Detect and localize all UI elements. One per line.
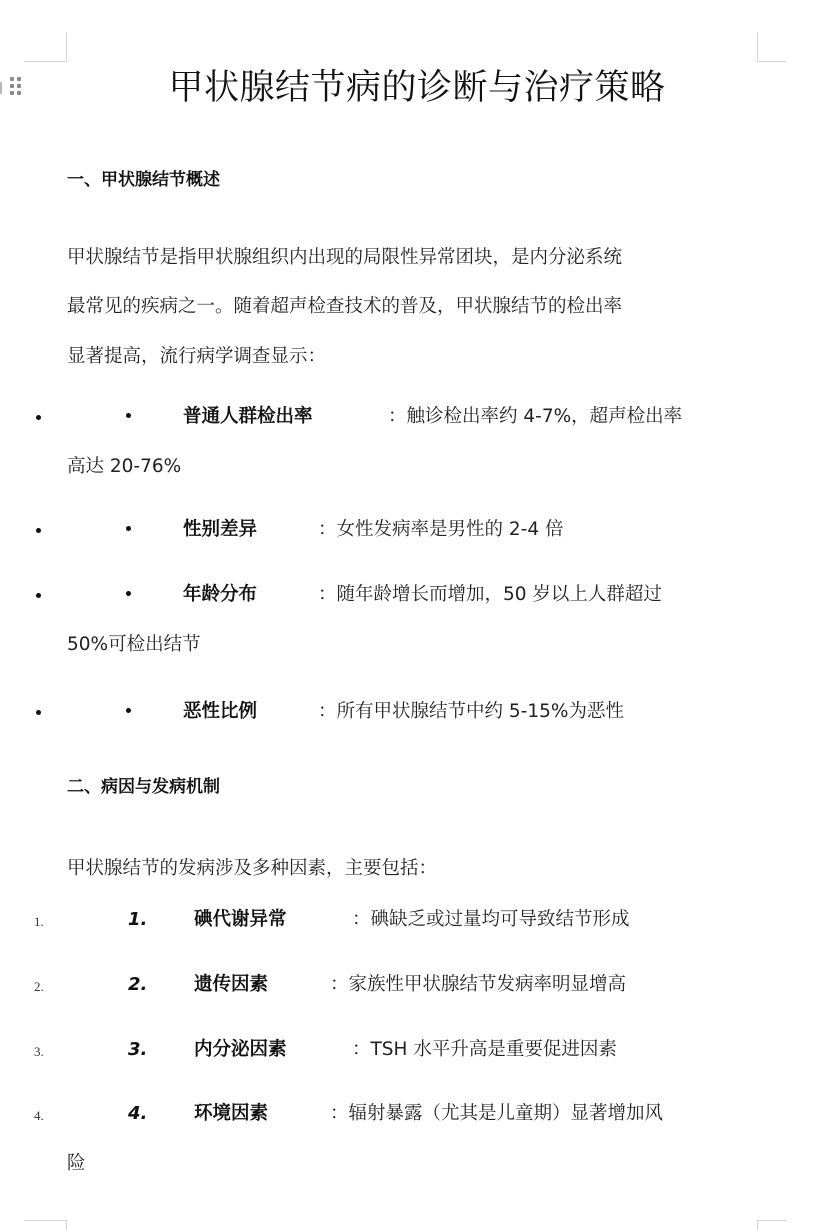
list-number-inner: 1. bbox=[128, 907, 147, 933]
document-title[interactable]: 甲状腺结节病的诊断与治疗策略 bbox=[0, 64, 834, 112]
bullet-text: ：女性发病率是男性的 2-4 倍 bbox=[318, 517, 563, 543]
crop-mark-top-right-v bbox=[757, 33, 758, 62]
crop-mark-top-right-h bbox=[757, 61, 786, 62]
numbered-label: 碘代谢异常 bbox=[194, 907, 287, 933]
crop-mark-bottom-left-v bbox=[66, 1220, 67, 1230]
list-number-outer: 4. bbox=[34, 1103, 44, 1129]
crop-mark-bottom-right-h bbox=[757, 1220, 786, 1221]
bullet-label: 恶性比例 bbox=[183, 699, 257, 725]
paragraph-line[interactable]: 最常见的疾病之一。随着超声检查技术的普及，甲状腺结节的检出率 bbox=[67, 295, 767, 319]
bullet-marker-outer bbox=[36, 710, 41, 715]
bullet-continuation[interactable]: 50%可检出结节 bbox=[67, 632, 201, 658]
bullet-text: ：触诊检出率约 4-7%，超声检出率 bbox=[388, 404, 682, 430]
bullet-item[interactable]: 年龄分布 ：随年龄增长而增加，50 岁以上人群超过 bbox=[0, 582, 834, 608]
list-number-inner: 3. bbox=[128, 1037, 147, 1063]
numbered-item[interactable]: 1. 1. 碘代谢异常 ：碘缺乏或过量均可导致结节形成 bbox=[0, 907, 834, 933]
paragraph-line[interactable]: 甲状腺结节的发病涉及多种因素，主要包括： bbox=[67, 857, 767, 881]
numbered-label: 遗传因素 bbox=[194, 972, 268, 998]
bullet-label: 性别差异 bbox=[183, 517, 257, 543]
list-number-outer: 1. bbox=[34, 909, 44, 935]
crop-mark-top-left-v bbox=[66, 33, 67, 62]
bullet-item[interactable]: 普通人群检出率 ：触诊检出率约 4-7%，超声检出率 bbox=[0, 404, 834, 430]
bullet-text: ：随年龄增长而增加，50 岁以上人群超过 bbox=[318, 582, 662, 608]
list-number-outer: 2. bbox=[34, 974, 44, 1000]
bullet-marker-inner bbox=[126, 526, 131, 531]
paragraph-line[interactable]: 显著提高，流行病学调查显示： bbox=[67, 345, 767, 369]
bullet-label: 普通人群检出率 bbox=[183, 404, 313, 430]
bullet-marker-outer bbox=[36, 528, 41, 533]
numbered-text: ：TSH 水平升高是重要促进因素 bbox=[352, 1037, 617, 1063]
bullet-marker-outer bbox=[36, 415, 41, 420]
section-heading[interactable]: 一、甲状腺结节概述 bbox=[67, 168, 220, 192]
numbered-continuation[interactable]: 险 bbox=[67, 1151, 86, 1177]
bullet-item[interactable]: 恶性比例 ：所有甲状腺结节中约 5-15%为恶性 bbox=[0, 699, 834, 725]
bullet-marker-inner bbox=[126, 413, 131, 418]
numbered-item[interactable]: 4. 4. 环境因素 ：辐射暴露（尤其是儿童期）显著增加风 bbox=[0, 1101, 834, 1127]
bullet-continuation[interactable]: 高达 20-76% bbox=[67, 454, 181, 480]
crop-mark-top-left-h bbox=[24, 61, 67, 62]
bullet-label: 年龄分布 bbox=[183, 582, 257, 608]
list-number-inner: 2. bbox=[128, 972, 147, 998]
numbered-text: ：辐射暴露（尤其是儿童期）显著增加风 bbox=[330, 1101, 663, 1127]
numbered-item[interactable]: 3. 3. 内分泌因素 ：TSH 水平升高是重要促进因素 bbox=[0, 1037, 834, 1063]
crop-mark-bottom-right-v bbox=[757, 1220, 758, 1230]
bullet-marker-inner bbox=[126, 591, 131, 596]
numbered-item[interactable]: 2. 2. 遗传因素 ：家族性甲状腺结节发病率明显增高 bbox=[0, 972, 834, 998]
bullet-marker-outer bbox=[36, 593, 41, 598]
bullet-text: ：所有甲状腺结节中约 5-15%为恶性 bbox=[318, 699, 624, 725]
numbered-label: 内分泌因素 bbox=[194, 1037, 287, 1063]
list-number-inner: 4. bbox=[128, 1101, 147, 1127]
numbered-label: 环境因素 bbox=[194, 1101, 268, 1127]
bullet-marker-inner bbox=[126, 708, 131, 713]
numbered-text: ：碘缺乏或过量均可导致结节形成 bbox=[352, 907, 630, 933]
bullet-item[interactable]: 性别差异 ：女性发病率是男性的 2-4 倍 bbox=[0, 517, 834, 543]
numbered-text: ：家族性甲状腺结节发病率明显增高 bbox=[330, 972, 626, 998]
crop-mark-bottom-left-h bbox=[24, 1220, 67, 1221]
section-heading[interactable]: 二、病因与发病机制 bbox=[67, 775, 220, 799]
list-number-outer: 3. bbox=[34, 1039, 44, 1065]
paragraph-line[interactable]: 甲状腺结节是指甲状腺组织内出现的局限性异常团块，是内分泌系统 bbox=[67, 246, 767, 270]
